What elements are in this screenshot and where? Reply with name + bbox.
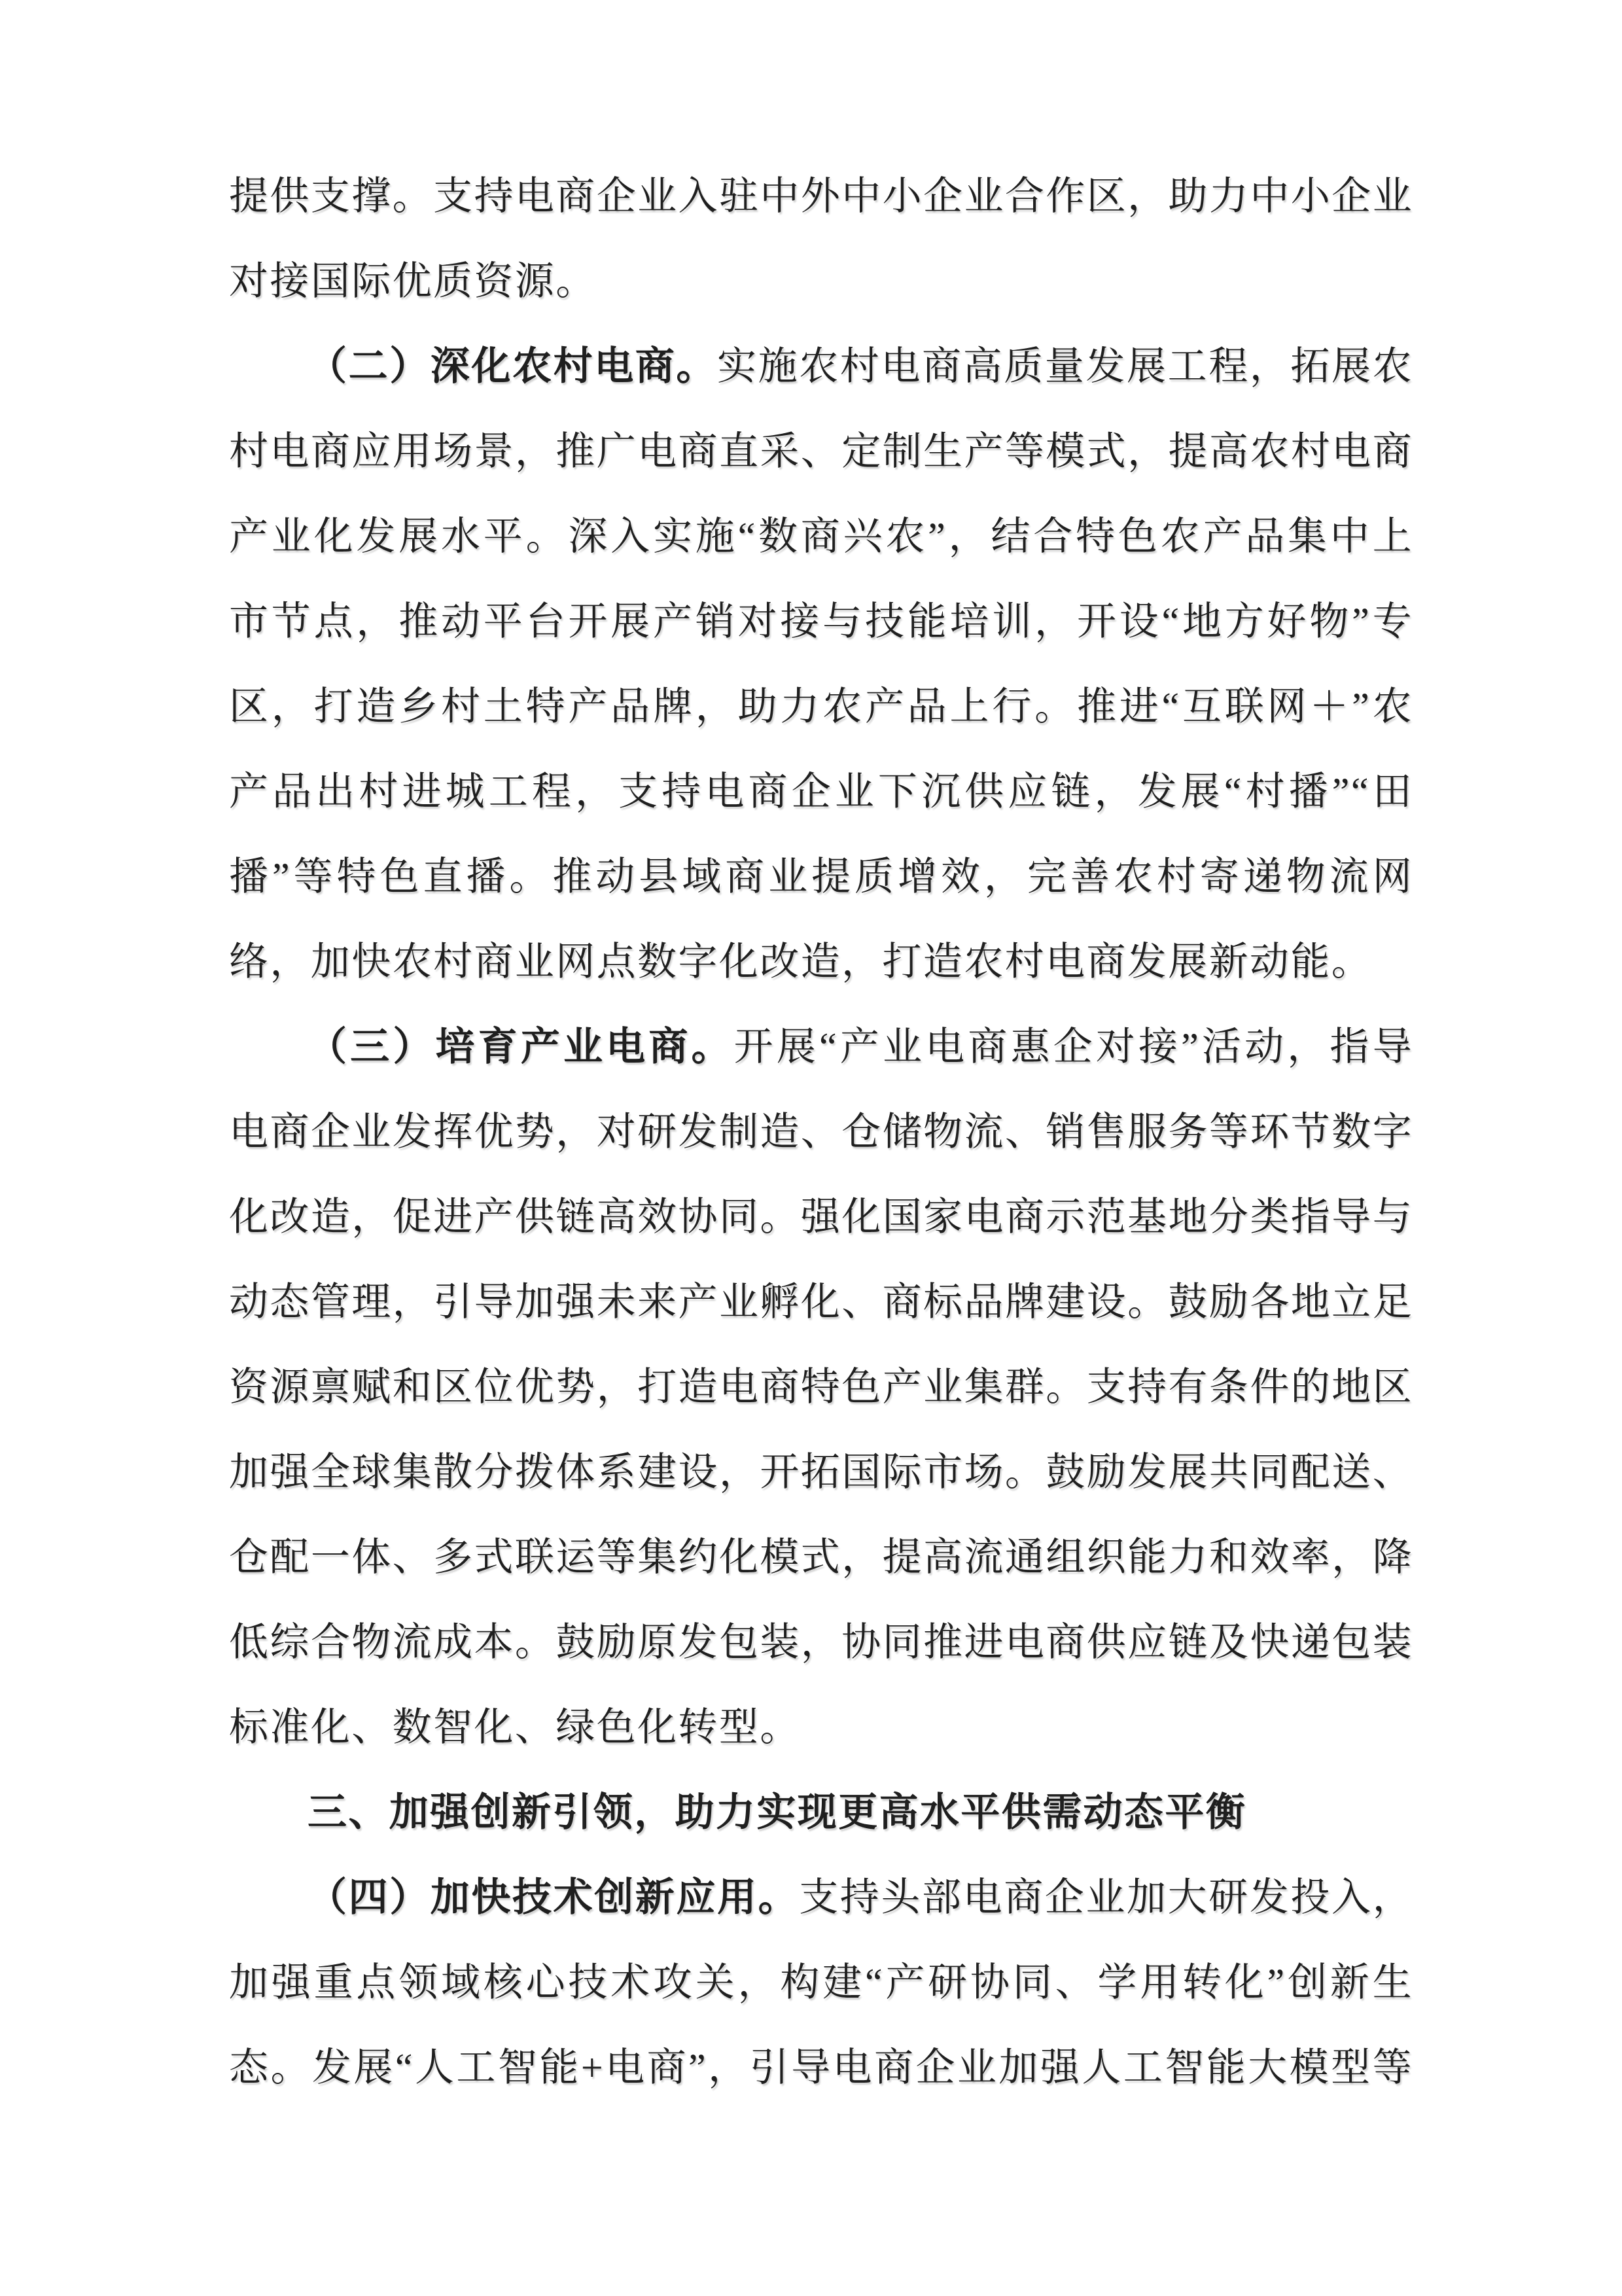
text-line: 提供支撑。支持电商企业入驻中外中小企业合作区，助力中小企业 <box>229 154 1413 239</box>
text-run: 化改造，促进产供链高效协同。强化国家电商示范基地分类指导与 <box>229 1195 1413 1239</box>
text-run: 市节点，推动平台开展产销对接与技能培训，开设“地方好物”专 <box>229 600 1413 643</box>
text-run: 开展“产业电商惠企对接”活动，指导 <box>734 1025 1413 1069</box>
text-line: 化改造，促进产供链高效协同。强化国家电商示范基地分类指导与 <box>229 1174 1413 1260</box>
text-run-bold: （二）深化农村电商。 <box>308 345 717 388</box>
text-run: 村电商应用场景，推广电商直采、定制生产等模式，提高农村电商 <box>229 430 1413 473</box>
text-run: 播”等特色直播。推动县域商业提质增效，完善农村寄递物流网 <box>229 855 1413 898</box>
text-line: 络，加快农村商业网点数字化改造，打造农村电商发展新动能。 <box>229 919 1413 1004</box>
text-line: 仓配一体、多式联运等集约化模式，提高流通组织能力和效率，降 <box>229 1515 1413 1600</box>
text-run: 动态管理，引导加强未来产业孵化、商标品牌建设。鼓励各地立足 <box>229 1280 1413 1324</box>
text-run: 态。发展“人工智能+电商”，引导电商企业加强人工智能大模型等 <box>229 2046 1413 2089</box>
text-run: 加强重点领域核心技术攻关，构建“产研协同、学用转化”创新生 <box>229 1961 1413 2004</box>
text-line: 产业化发展水平。深入实施“数商兴农”，结合特色农产品集中上 <box>229 494 1413 579</box>
text-line: 低综合物流成本。鼓励原发包装，协同推进电商供应链及快递包装 <box>229 1600 1413 1685</box>
text-run-bold: （三）培育产业电商。 <box>308 1025 734 1069</box>
text-run: 产业化发展水平。深入实施“数商兴农”，结合特色农产品集中上 <box>229 515 1413 558</box>
text-run: 产品出村进城工程，支持电商企业下沉供应链，发展“村播”“田 <box>229 770 1413 813</box>
text-line: 村电商应用场景，推广电商直采、定制生产等模式，提高农村电商 <box>229 409 1413 494</box>
text-line: 产品出村进城工程，支持电商企业下沉供应链，发展“村播”“田 <box>229 749 1413 834</box>
text-line: 加强全球集散分拨体系建设，开拓国际市场。鼓励发展共同配送、 <box>229 1430 1413 1515</box>
text-line: 区，打造乡村土特产品牌，助力农产品上行。推进“互联网＋”农 <box>229 664 1413 749</box>
text-line: 加强重点领域核心技术攻关，构建“产研协同、学用转化”创新生 <box>229 1940 1413 2025</box>
text-run: 提供支撑。支持电商企业入驻中外中小企业合作区，助力中小企业 <box>229 175 1413 218</box>
text-line: 对接国际优质资源。 <box>229 239 1413 324</box>
text-line: 三、加强创新引领，助力实现更高水平供需动态平衡 <box>229 1770 1413 1855</box>
text-run: 资源禀赋和区位优势，打造电商特色产业集群。支持有条件的地区 <box>229 1366 1413 1409</box>
text-run: 低综合物流成本。鼓励原发包装，协同推进电商供应链及快递包装 <box>229 1621 1413 1664</box>
text-run: 标准化、数智化、绿色化转型。 <box>229 1706 801 1749</box>
text-run: 区，打造乡村土特产品牌，助力农产品上行。推进“互联网＋”农 <box>229 685 1413 728</box>
text-run: 电商企业发挥优势，对研发制造、仓储物流、销售服务等环节数字 <box>229 1110 1413 1154</box>
text-line: （四）加快技术创新应用。支持头部电商企业加大研发投入， <box>229 1855 1413 1940</box>
text-run: 支持头部电商企业加大研发投入， <box>799 1876 1413 1919</box>
text-line: （二）深化农村电商。实施农村电商高质量发展工程，拓展农 <box>229 324 1413 409</box>
text-line: （三）培育产业电商。开展“产业电商惠企对接”活动，指导 <box>229 1004 1413 1089</box>
text-run: 实施农村电商高质量发展工程，拓展农 <box>717 345 1413 388</box>
text-run: 络，加快农村商业网点数字化改造，打造农村电商发展新动能。 <box>229 940 1372 983</box>
text-run: 加强全球集散分拨体系建设，开拓国际市场。鼓励发展共同配送、 <box>229 1451 1413 1494</box>
text-run: 仓配一体、多式联运等集约化模式，提高流通组织能力和效率，降 <box>229 1536 1413 1579</box>
text-line: 态。发展“人工智能+电商”，引导电商企业加强人工智能大模型等 <box>229 2025 1413 2110</box>
text-line: 播”等特色直播。推动县域商业提质增效，完善农村寄递物流网 <box>229 834 1413 919</box>
text-line: 电商企业发挥优势，对研发制造、仓储物流、销售服务等环节数字 <box>229 1089 1413 1174</box>
document-page: 提供支撑。支持电商企业入驻中外中小企业合作区，助力中小企业对接国际优质资源。（二… <box>0 0 1622 2296</box>
text-line: 动态管理，引导加强未来产业孵化、商标品牌建设。鼓励各地立足 <box>229 1260 1413 1345</box>
text-line: 市节点，推动平台开展产销对接与技能培训，开设“地方好物”专 <box>229 579 1413 664</box>
text-line: 资源禀赋和区位优势，打造电商特色产业集群。支持有条件的地区 <box>229 1345 1413 1430</box>
document-body: 提供支撑。支持电商企业入驻中外中小企业合作区，助力中小企业对接国际优质资源。（二… <box>229 154 1413 2110</box>
text-run: 对接国际优质资源。 <box>229 260 597 303</box>
text-run-bold: 三、加强创新引领，助力实现更高水平供需动态平衡 <box>308 1791 1246 1834</box>
text-run-bold: （四）加快技术创新应用。 <box>308 1876 799 1919</box>
text-line: 标准化、数智化、绿色化转型。 <box>229 1685 1413 1770</box>
